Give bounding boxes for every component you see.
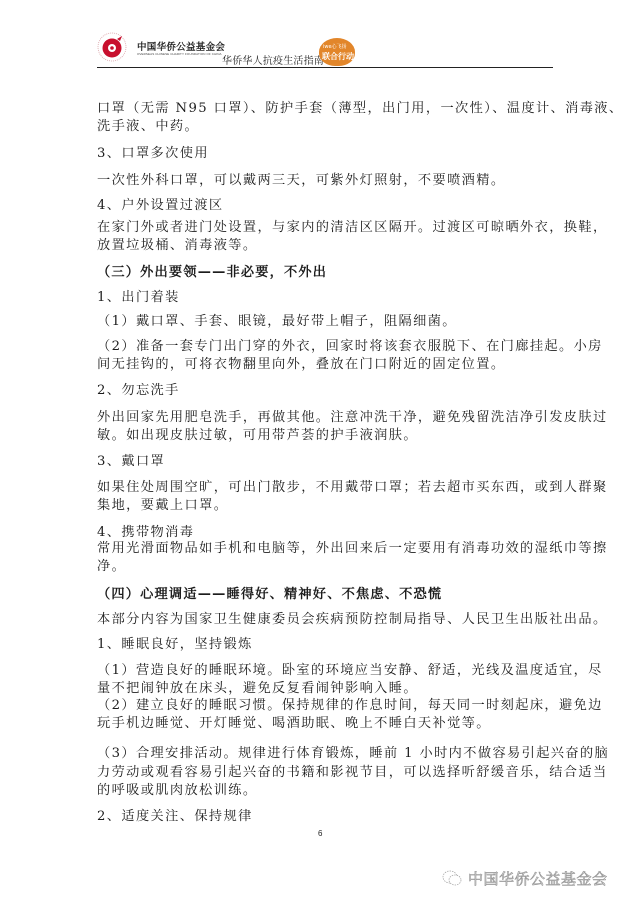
- text-line: 一次性外科口罩，可以戴两三天，可紫外灯照射，不要喷酒精。: [97, 172, 505, 190]
- document-header: 中国华侨公益基金会 OVERSEAS CHINESE CHARITY FOUND…: [97, 30, 553, 68]
- guide-title: 华侨华人抗疫生活指南: [222, 52, 324, 67]
- text-line: 间无挂钩的，可将衣物翻里向外，叠放在门口附近的固定位置。: [97, 356, 505, 374]
- text-line: 本部分内容为国家卫生健康委员会疾病预防控制局指导、人民卫生出版社出品。: [97, 611, 608, 629]
- text-line: 的呼吸或肌肉放松训练。: [97, 782, 257, 800]
- foundation-emblem-icon: [97, 32, 127, 62]
- org-name: 中国华侨公益基金会: [137, 39, 225, 53]
- org-name-english: OVERSEAS CHINESE CHARITY FOUNDATION OF C…: [137, 52, 222, 56]
- text-line: 外出回家先用肥皂洗手，再做其他。注意冲洗干净，避免残留洗洁净引发皮肤过: [97, 409, 608, 427]
- text-line: 在家门外或者进门处设置，与家内的清洁区区隔开。过渡区可晾晒外衣，换鞋，: [97, 219, 608, 237]
- text-line: 4、户外设置过渡区: [97, 197, 224, 215]
- header-divider: [97, 67, 553, 68]
- text-line: 1、睡眠良好，坚持锻炼: [97, 636, 253, 654]
- text-line: 3、口罩多次使用: [97, 145, 209, 163]
- text-line: （1）营造良好的睡眠环境。卧室的环境应当安静、舒适，光线及温度适宜，尽: [97, 662, 603, 680]
- text-line: 玩手机边睡觉、开灯睡觉、喝酒助眠、晚上不睡白天补觉等。: [97, 715, 491, 733]
- text-line: 净。: [97, 558, 126, 576]
- text-line: 1、出门着装: [97, 289, 180, 307]
- badge-main-text: 联合行动: [322, 51, 354, 62]
- text-line: 常用光滑面物品如手机和电脑等，外出回来后一定要用有消毒功效的湿纸巾等擦: [97, 540, 608, 558]
- text-line: 口罩（无需 N95 口罩）、防护手套（薄型，出门用，一次性）、温度计、消毒液、: [97, 100, 623, 118]
- watermark-text: 中国华侨公益基金会: [468, 868, 608, 889]
- text-line: （2）准备一套专门出门穿的外衣，回家时将该套衣服脱下、在门廊挂起。小房: [97, 338, 603, 356]
- text-line: 3、戴口罩: [97, 453, 165, 471]
- text-line: 2、勿忘洗手: [97, 382, 180, 400]
- section-heading: （四）心理调适——睡得好、精神好、不焦虑、不恐慌: [97, 586, 442, 604]
- wechat-icon: [442, 869, 462, 887]
- text-line: （2）建立良好的睡眠习惯。保持规律的作息时间，每天同一时刻起床，避免边: [97, 697, 603, 715]
- text-line: 力劳动或观看容易引起兴奋的书籍和影视节目，可以选择听舒缓音乐，结合适当: [97, 764, 608, 782]
- text-line: 集地，要戴上口罩。: [97, 497, 228, 515]
- text-line: 洗手液、中药。: [97, 118, 199, 136]
- section-heading: （三）外出要领——非必要，不外出: [97, 264, 327, 282]
- text-line: 如果住处周围空旷，可出门散步，不用戴带口罩；若去超市买东西，或到人群聚: [97, 479, 608, 497]
- text-line: 量不把闹钟放在床头，避免反复看闹钟影响入睡。: [97, 680, 418, 698]
- text-line: 放置垃圾桶、消毒液等。: [97, 237, 257, 255]
- text-line: 敏。如出现皮肤过敏，可用带芦荟的护手液润肤。: [97, 427, 418, 445]
- badge-top-text: iwe心飞扬: [323, 43, 347, 50]
- joint-action-badge: iwe心飞扬 联合行动: [319, 38, 355, 66]
- page-number: 6: [318, 829, 322, 838]
- text-line: （1）戴口罩、手套、眼镜，最好带上帽子，阻隔细菌。: [97, 313, 457, 331]
- text-line: 2、适度关注、保持规律: [97, 808, 253, 826]
- text-line: （3）合理安排活动。规律进行体育锻炼，睡前 1 小时内不做容易引起兴奋的脑: [97, 745, 609, 763]
